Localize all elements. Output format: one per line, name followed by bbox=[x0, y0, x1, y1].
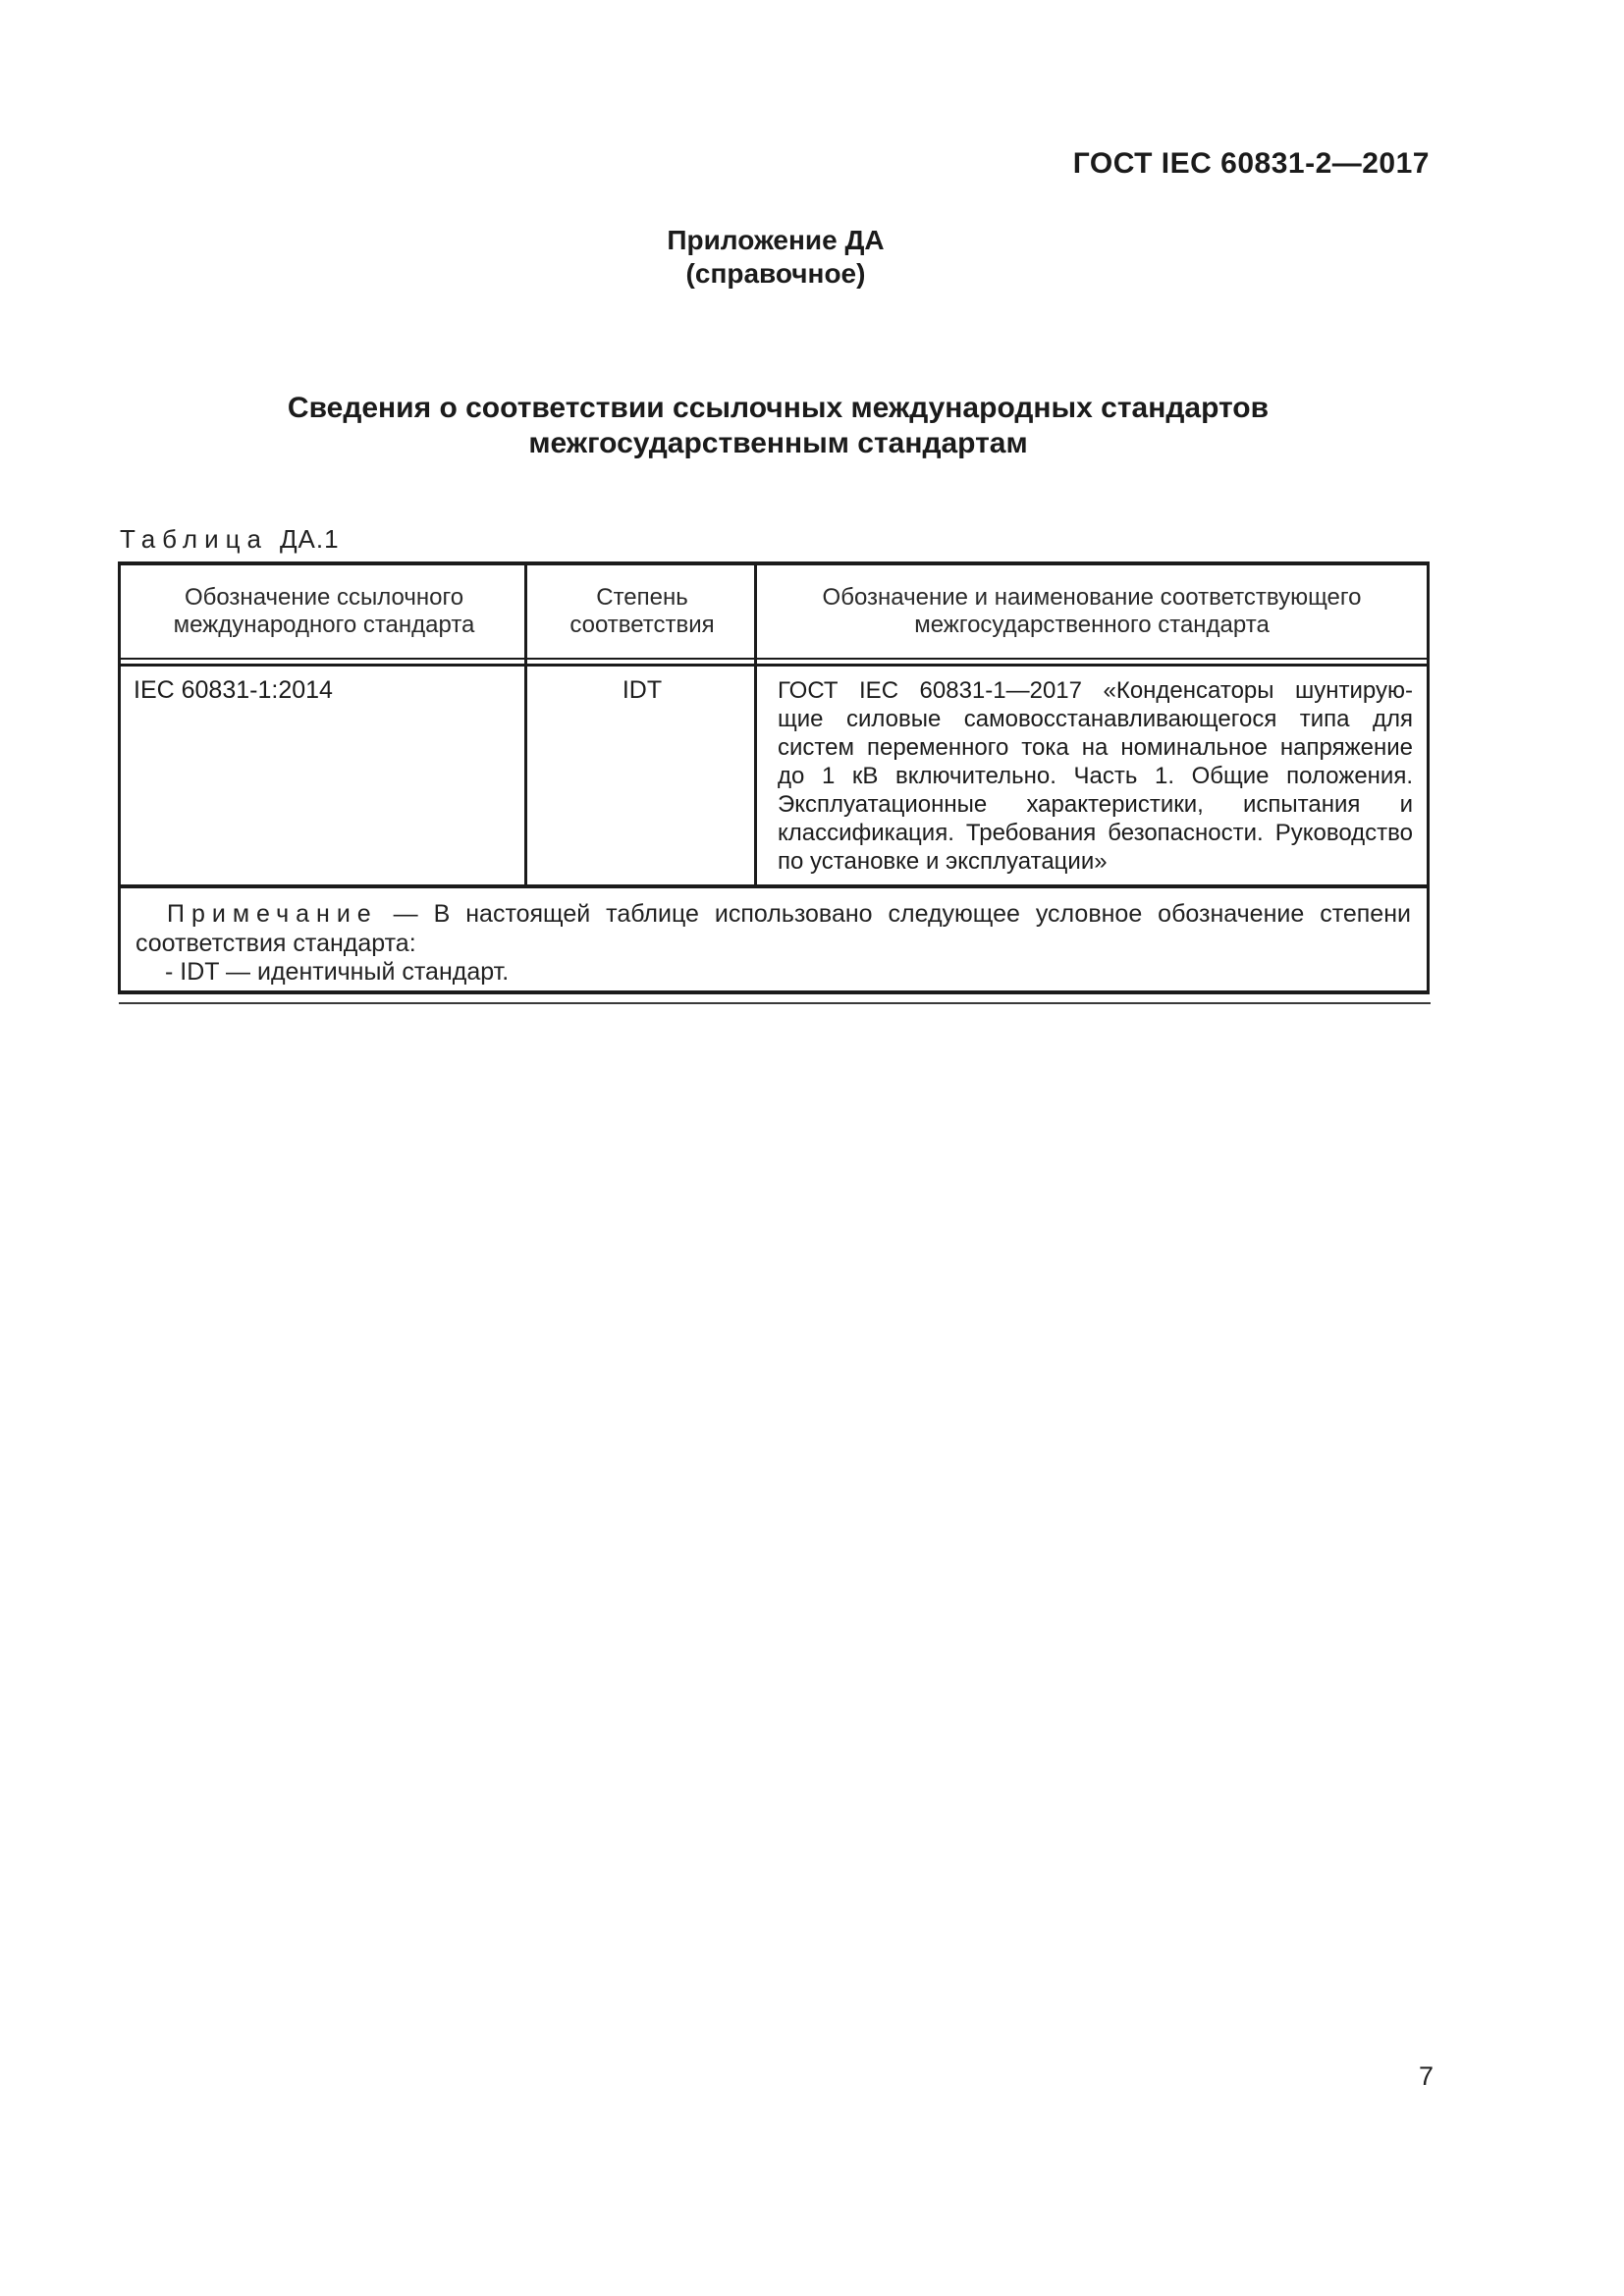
note-line2: соответствия стандарта: bbox=[135, 930, 1411, 958]
table-data-row: IEC 60831-1:2014 IDT ГОСТ IEC 60831-1—20… bbox=[121, 667, 1427, 884]
table-note-row: Примечание — В настоящей таблице использ… bbox=[121, 888, 1427, 990]
cell-text-line: Эксплуатационные характеристики, испытан… bbox=[778, 790, 1413, 819]
header-cell-degree: Степень соответствия bbox=[527, 565, 757, 658]
note-label: Примечание bbox=[167, 900, 378, 928]
header-cell-line: соответствия bbox=[527, 612, 757, 639]
table-caption-number: ДА.1 bbox=[280, 524, 340, 554]
header-cell-line: международного стандарта bbox=[121, 612, 527, 639]
header-cell-line: межгосударственного стандарта bbox=[757, 612, 1427, 639]
section-title: Сведения о соответствии ссылочных междун… bbox=[118, 391, 1438, 461]
appendix-title: Приложение ДА bbox=[118, 224, 1434, 257]
note-line1-text: — В настоящей таблице использовано следу… bbox=[394, 900, 1411, 928]
appendix-heading: Приложение ДА (справочное) bbox=[118, 224, 1434, 291]
header-cell-line: Степень bbox=[527, 584, 757, 612]
cell-text-line: до 1 кВ включительно. Часть 1. Общие пол… bbox=[778, 762, 1413, 790]
header-cell-line: Обозначение и наименование соответствующ… bbox=[757, 584, 1427, 612]
section-title-line1: Сведения о соответствии ссылочных междун… bbox=[118, 391, 1438, 426]
page-number: 7 bbox=[118, 2061, 1434, 2092]
correspondence-table: Обозначение ссылочного международного ст… bbox=[118, 561, 1430, 994]
note-line3: - IDT — идентичный стандарт. bbox=[135, 958, 1411, 987]
table-header-row: Обозначение ссылочного международного ст… bbox=[121, 565, 1427, 658]
doc-code-header: ГОСТ IEC 60831-2—2017 bbox=[118, 147, 1430, 181]
document-page: ГОСТ IEC 60831-2—2017 Приложение ДА (спр… bbox=[0, 0, 1624, 2296]
table-inner: Обозначение ссылочного международного ст… bbox=[121, 565, 1427, 990]
cell-text-line: щие силовые самовосстанавливающегося тип… bbox=[778, 705, 1413, 733]
header-body-double-rule bbox=[121, 658, 1427, 667]
appendix-subtitle: (справочное) bbox=[118, 257, 1434, 291]
cell-reference-standard: IEC 60831-1:2014 bbox=[121, 667, 527, 884]
cell-text-line: ГОСТ IEC 60831-1—2017 «Конденсаторы шунт… bbox=[778, 676, 1413, 705]
header-cell-reference-standard: Обозначение ссылочного международного ст… bbox=[121, 565, 527, 658]
cell-text-line: систем переменного тока на номинальное н… bbox=[778, 733, 1413, 762]
table-bottom-thin-rule bbox=[119, 1002, 1431, 1004]
cell-degree: IDT bbox=[527, 667, 757, 884]
section-title-line2: межгосударственным стандартам bbox=[118, 426, 1438, 461]
column-separator-2 bbox=[754, 565, 757, 884]
cell-corresponding-standard: ГОСТ IEC 60831-1—2017 «Конденсаторы шунт… bbox=[757, 667, 1427, 884]
table-caption: ТаблицаДА.1 bbox=[120, 524, 340, 555]
cell-text-line: классификация. Требования безопасности. … bbox=[778, 819, 1413, 847]
table-caption-word: Таблица bbox=[120, 524, 268, 554]
column-separator-1 bbox=[524, 565, 527, 884]
note-line1: Примечание — В настоящей таблице использ… bbox=[135, 900, 1411, 930]
header-cell-corresponding-standard: Обозначение и наименование соответствующ… bbox=[757, 565, 1427, 658]
header-cell-line: Обозначение ссылочного bbox=[121, 584, 527, 612]
cell-text-line: по установке и эксплуатации» bbox=[778, 847, 1413, 876]
